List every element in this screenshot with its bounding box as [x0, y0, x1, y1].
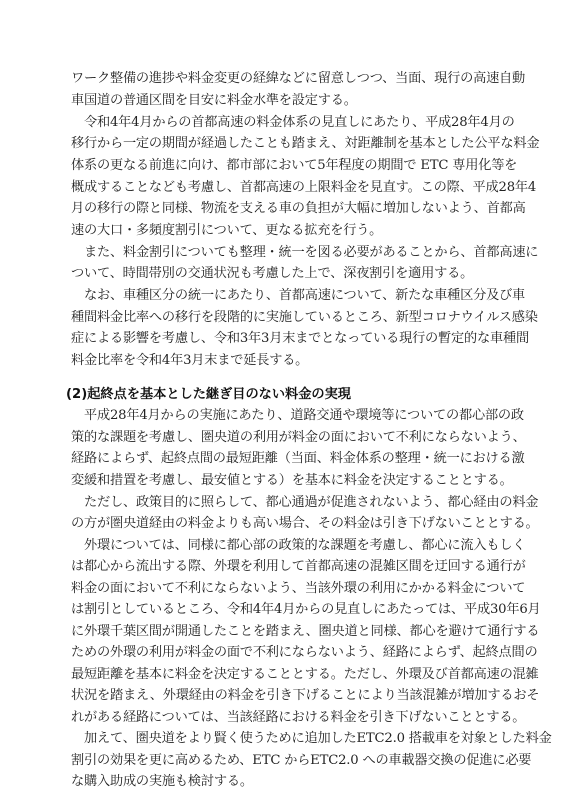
paragraph-line: 加えて、圏央道をより賢く使うために追加したETC2.0 搭載車を対象とした料金 — [71, 729, 498, 749]
paragraph-line: ための外環の利用が料金の面で不利にならないよう、経路によらず、起終点間の — [71, 643, 498, 663]
paragraph-line: 平成28年4月からの実施にあたり、道路交通や環境等についての都心部の政 — [71, 406, 498, 426]
paragraph-line: 変緩和措置を考慮し、最安値とする）を基本に料金を決定することとする。 — [71, 471, 498, 491]
paragraph-line: 概成することなども考慮し、首都高速の上限料金を見直す。この際、平成28年4 — [71, 178, 498, 198]
paragraph-line: ただし、政策目的に照らして、都心通過が促進されないよう、都心経由の料金 — [71, 493, 498, 513]
paragraph-line: 状況を踏まえ、外環経由の料金を引き下げることにより当該混雑が増加するおそ — [71, 686, 498, 706]
paragraph-line: は割引としているところ、令和4年4月からの見直しにあたっては、平成30年6月 — [71, 600, 498, 620]
paragraph-line: ワーク整備の進捗や料金変更の経緯などに留意しつつ、当面、現行の高速自動 — [71, 69, 498, 89]
paragraph-line: れがある経路については、当該経路における料金を引き下げないこととする。 — [71, 708, 498, 728]
paragraph-line: に外環千葉区間が開通したことを踏まえ、圏央道と同様、都心を避けて通行する — [71, 622, 498, 642]
paragraph-line: 割引の効果を更に高めるため、ETC からETC2.0 への車載器交換の促進に必要 — [71, 751, 498, 771]
paragraph-line: 速の大口・多頻度割引について、更なる拡充を行う。 — [71, 221, 498, 241]
paragraph-line: 移行から一定の期間が経過したことも踏まえ、対距離制を基本とした公平な料金 — [71, 134, 498, 154]
paragraph-line: 車国道の普通区間を目安に料金水準を設定する。 — [71, 91, 498, 111]
paragraph-line: 策的な課題を考慮し、圏央道の利用が料金の面において不利にならないよう、 — [71, 428, 498, 448]
document-page: ワーク整備の進捗や料金変更の経緯などに留意しつつ、当面、現行の高速自動 車国道の… — [0, 0, 566, 800]
paragraph-line: の方が圏央道経由の料金よりも高い場合、その料金は引き下げないこととする。 — [71, 514, 498, 534]
paragraph-line: は都心から流出する際、外環を利用して首都高速の混雑区間を迂回する通行が — [71, 557, 498, 577]
paragraph-line: なお、車種区分の統一にあたり、首都高速について、新たな車種区分及び車 — [71, 286, 498, 306]
paragraph-line: 外環については、同様に都心部の政策的な課題を考慮し、都心に流入もしく — [71, 536, 498, 556]
paragraph-line: 体系の更なる前進に向け、都市部において5年程度の期間で ETC 専用化等を — [71, 156, 498, 176]
paragraph-line: ついて、時間帯別の交通状況も考慮した上で、深夜割引を適用する。 — [71, 264, 498, 284]
paragraph-line: 経路によらず、起終点間の最短距離（当面、料金体系の整理・統一における激 — [71, 449, 498, 469]
section-heading: (2)起終点を基本とした継ぎ目のない料金の実現 — [66, 385, 496, 405]
paragraph-line: 料金比率を令和4年3月末まで延長する。 — [71, 351, 498, 371]
paragraph-line: 令和4年4月からの首都高速の料金体系の見直しにあたり、平成28年4月の — [71, 113, 498, 133]
paragraph-line: 最短距離を基本に料金を決定することとする。ただし、外環及び首都高速の混雑 — [71, 665, 498, 685]
paragraph-line: また、料金割引についても整理・統一を図る必要があることから、首都高速に — [71, 243, 498, 263]
paragraph-line: な購入助成の実施も検討する。 — [71, 772, 498, 792]
paragraph-line: 料金の面において不利にならないよう、当該外環の利用にかかる料金について — [71, 579, 498, 599]
paragraph-line: 月の移行の際と同様、物流を支える車の負担が大幅に増加しないよう、首都高 — [71, 199, 498, 219]
paragraph-line: 症による影響を考慮し、令和3年3月末までとなっている現行の暫定的な車種間 — [71, 329, 498, 349]
paragraph-line: 種間料金比率への移行を段階的に実施しているところ、新型コロナウイルス感染 — [71, 308, 498, 328]
